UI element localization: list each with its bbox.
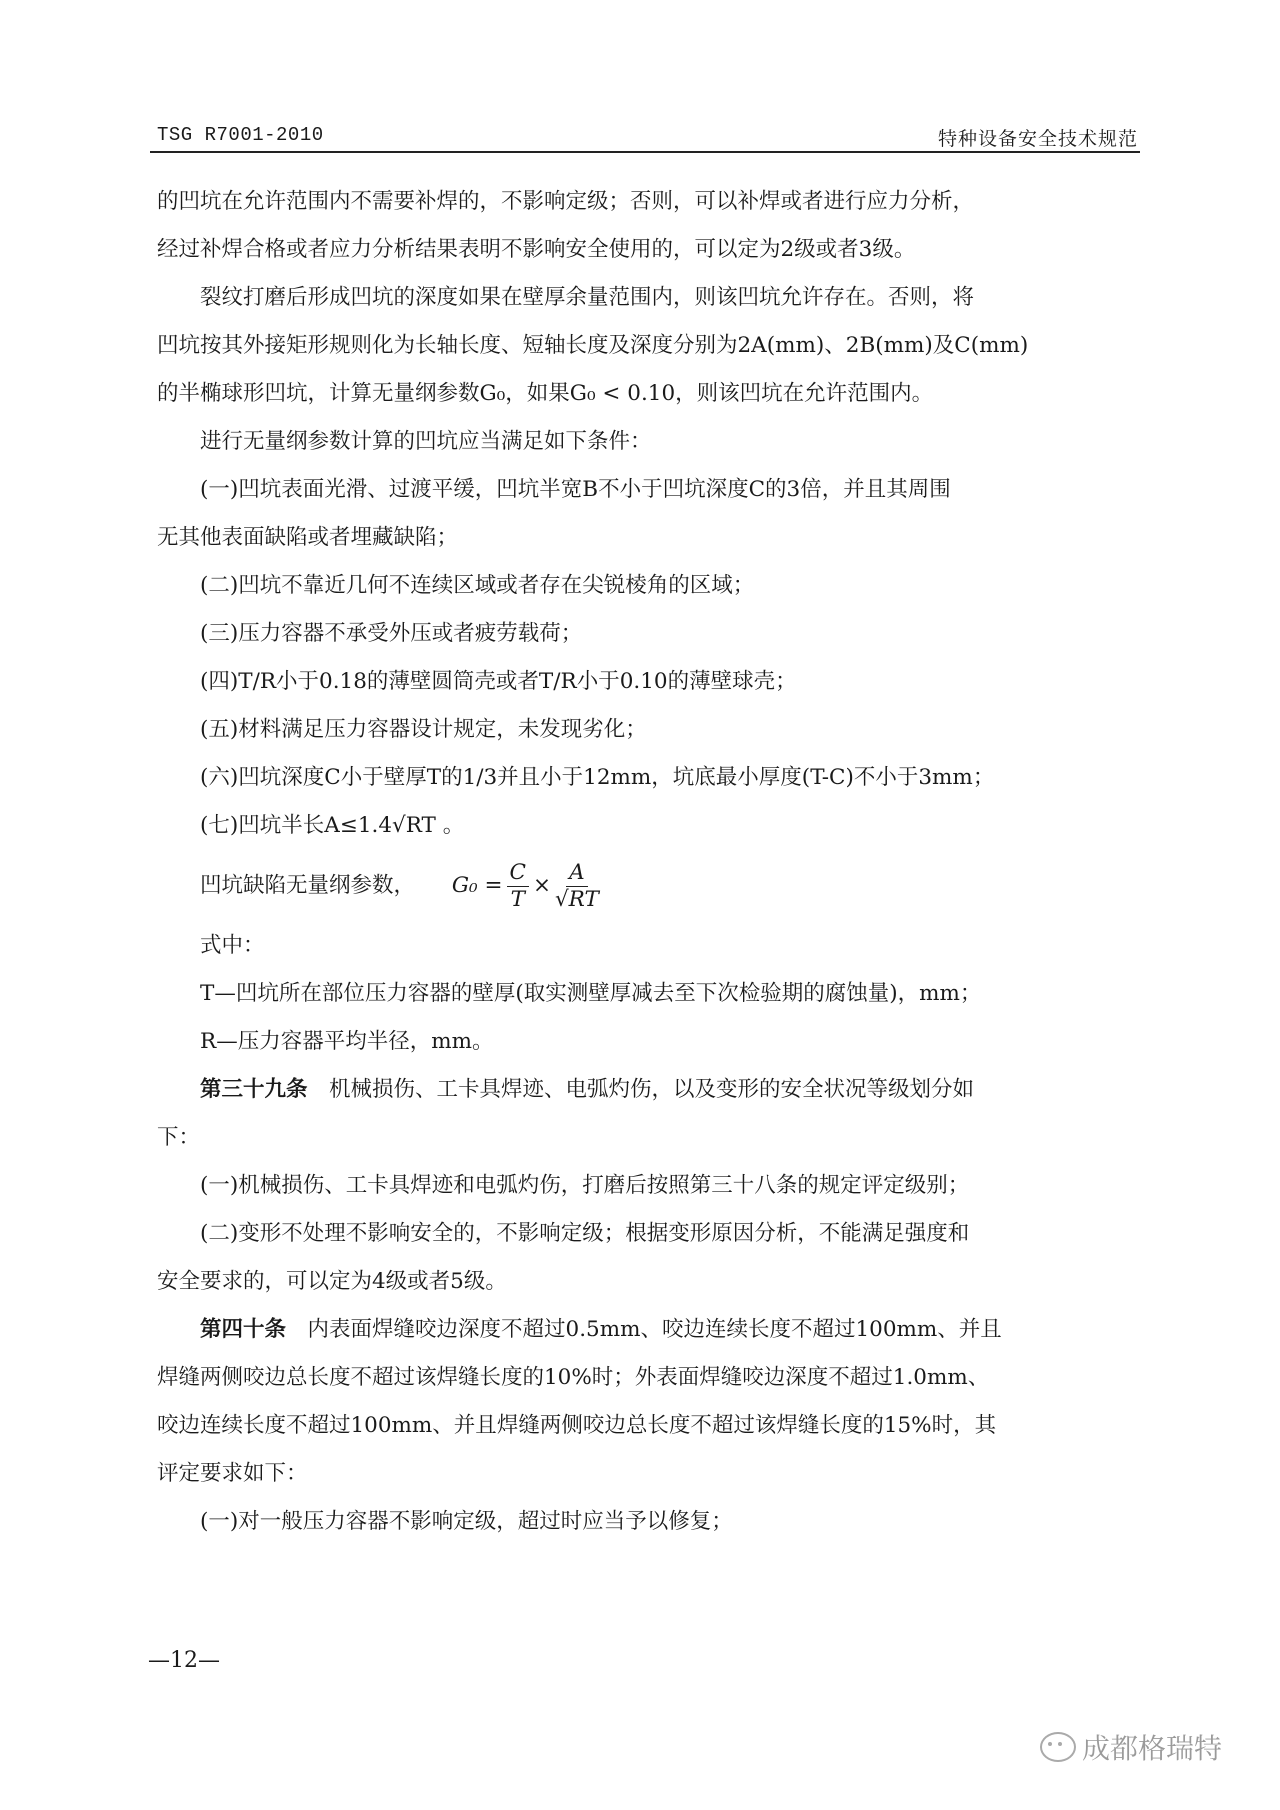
condition-4: (四)T/R小于0.18的薄壁圆筒壳或者T/R小于0.10的薄壁球壳； — [157, 658, 1138, 706]
text-line: 咬边连续长度不超过100mm、并且焊缝两侧咬边总长度不超过该焊缝长度的15%时，… — [157, 1402, 1138, 1450]
text-line: 经过补焊合格或者应力分析结果表明不影响安全使用的，可以定为2级或者3级。 — [157, 226, 1138, 274]
condition-6: (六)凹坑深度C小于壁厚T的1/3并且小于12mm，坑底最小厚度(T-C)不小于… — [157, 754, 1138, 802]
article-40-title: 第四十条 — [200, 1317, 286, 1342]
spec-title: 特种设备安全技术规范 — [938, 124, 1138, 151]
wechat-icon — [1040, 1732, 1076, 1762]
def-R: R—压力容器平均半径，mm。 — [157, 1018, 1138, 1066]
text-line: 焊缝两侧咬边总长度不超过该焊缝长度的10%时；外表面焊缝咬边深度不超过1.0mm… — [157, 1354, 1138, 1402]
text-line: 的凹坑在允许范围内不需要补焊的，不影响定级；否则，可以补焊或者进行应力分析， — [157, 178, 1138, 226]
text-line: (一)对一般压力容器不影响定级，超过时应当予以修复； — [157, 1498, 1138, 1546]
condition-1: (一)凹坑表面光滑、过渡平缓，凹坑半宽B不小于凹坑深度C的3倍，并且其周围 — [157, 466, 1138, 514]
article-39-title: 第三十九条 — [200, 1077, 308, 1102]
article-40: 第四十条 内表面焊缝咬边深度不超过0.5mm、咬边连续长度不超过100mm、并且 — [157, 1306, 1138, 1354]
text-line: 凹坑按其外接矩形规则化为长轴长度、短轴长度及深度分别为2A(mm)、2B(mm)… — [157, 322, 1138, 370]
text-line: 评定要求如下： — [157, 1450, 1138, 1498]
condition-7: (七)凹坑半长A≤1.4√RT 。 — [157, 802, 1138, 850]
formula-line: 凹坑缺陷无量纲参数， G₀ = CT × A√RT — [157, 850, 1138, 922]
article-39: 第三十九条 机械损伤、工卡具焊迹、电弧灼伤，以及变形的安全状况等级划分如 — [157, 1066, 1138, 1114]
condition-5: (五)材料满足压力容器设计规定，未发现劣化； — [157, 706, 1138, 754]
page-number: —12— — [148, 1648, 220, 1673]
text-line: (一)机械损伤、工卡具焊迹和电弧灼伤，打磨后按照第三十八条的规定评定级别； — [157, 1162, 1138, 1210]
watermark: 成都格瑞特 — [1040, 1727, 1222, 1767]
condition-3: (三)压力容器不承受外压或者疲劳载荷； — [157, 610, 1138, 658]
formula-label: 凹坑缺陷无量纲参数， — [200, 873, 415, 898]
text-line: 的半椭球形凹坑，计算无量纲参数G₀，如果G₀ < 0.10，则该凹坑在允许范围内… — [157, 370, 1138, 418]
g0-formula: G₀ = CT × A√RT — [452, 850, 603, 922]
header-rule — [150, 151, 1140, 153]
text-line: (二)变形不处理不影响安全的，不影响定级；根据变形原因分析，不能满足强度和 — [157, 1210, 1138, 1258]
condition-2: (二)凹坑不靠近几何不连续区域或者存在尖锐棱角的区域； — [157, 562, 1138, 610]
watermark-text: 成都格瑞特 — [1082, 1727, 1222, 1767]
condition-1-cont: 无其他表面缺陷或者埋藏缺陷； — [157, 514, 1138, 562]
page-header: TSG R7001-2010 特种设备安全技术规范 — [157, 124, 1138, 150]
page-body: 的凹坑在允许范围内不需要补焊的，不影响定级；否则，可以补焊或者进行应力分析， 经… — [157, 178, 1138, 1546]
def-T: T—凹坑所在部位压力容器的壁厚(取实测壁厚减去至下次检验期的腐蚀量)，mm； — [157, 970, 1138, 1018]
article-39-cont: 下： — [157, 1114, 1138, 1162]
standard-code: TSG R7001-2010 — [157, 124, 324, 146]
text-line: 进行无量纲参数计算的凹坑应当满足如下条件： — [157, 418, 1138, 466]
text-line: 裂纹打磨后形成凹坑的深度如果在壁厚余量范围内，则该凹坑允许存在。否则，将 — [157, 274, 1138, 322]
text-line: 安全要求的，可以定为4级或者5级。 — [157, 1258, 1138, 1306]
where-label: 式中： — [157, 922, 1138, 970]
